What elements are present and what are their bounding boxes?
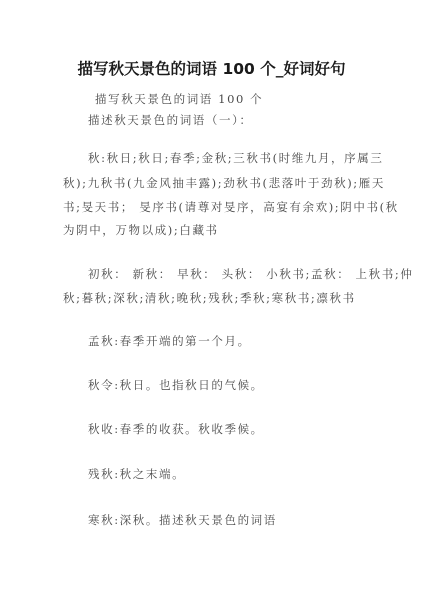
definition-canqiu: 残秋:秋之末端。 <box>88 466 185 482</box>
subtitle: 描写秋天景色的词语 100 个 <box>95 91 263 107</box>
paragraph-line: 初秋： 新秋： 早秋： 头秋： 小秋书;孟秋： 上秋书;仲 <box>88 266 413 282</box>
paragraph-line: 书;旻天书； 旻序书(请尊对旻序，高宴有余欢);阴中书(秋 <box>63 199 399 215</box>
document-title: 描写秋天景色的词语 100 个_好词好句 <box>0 57 423 79</box>
definition-hanqiu: 寒秋:深秋。描述秋天景色的词语 <box>88 512 277 528</box>
paragraph-line: 秋;暮秋;深秋;清秋;晚秋;残秋;季秋;寒秋书;凛秋书 <box>63 290 356 306</box>
section-heading: 描述秋天景色的词语（一）： <box>88 112 253 128</box>
paragraph-line: 为阴中，万物以成);白藏书 <box>63 222 219 238</box>
document-page: 描写秋天景色的词语 100 个_好词好句 描写秋天景色的词语 100 个 描述秋… <box>0 0 423 600</box>
paragraph-line: 秋:秋日;秋日;春季;金秋;三秋书(时维九月，序属三 <box>88 150 383 166</box>
definition-qiuling: 秋令:秋日。也指秋日的气候。 <box>88 377 264 393</box>
definition-mengqiu: 孟秋:春季开端的第一个月。 <box>88 333 251 349</box>
paragraph-line: 秋);九秋书(九金风抽丰露);劲秋书(悲落叶于劲秋);雁天 <box>63 175 385 191</box>
definition-qiushou: 秋收:春季的收获。秋收季候。 <box>88 421 264 437</box>
